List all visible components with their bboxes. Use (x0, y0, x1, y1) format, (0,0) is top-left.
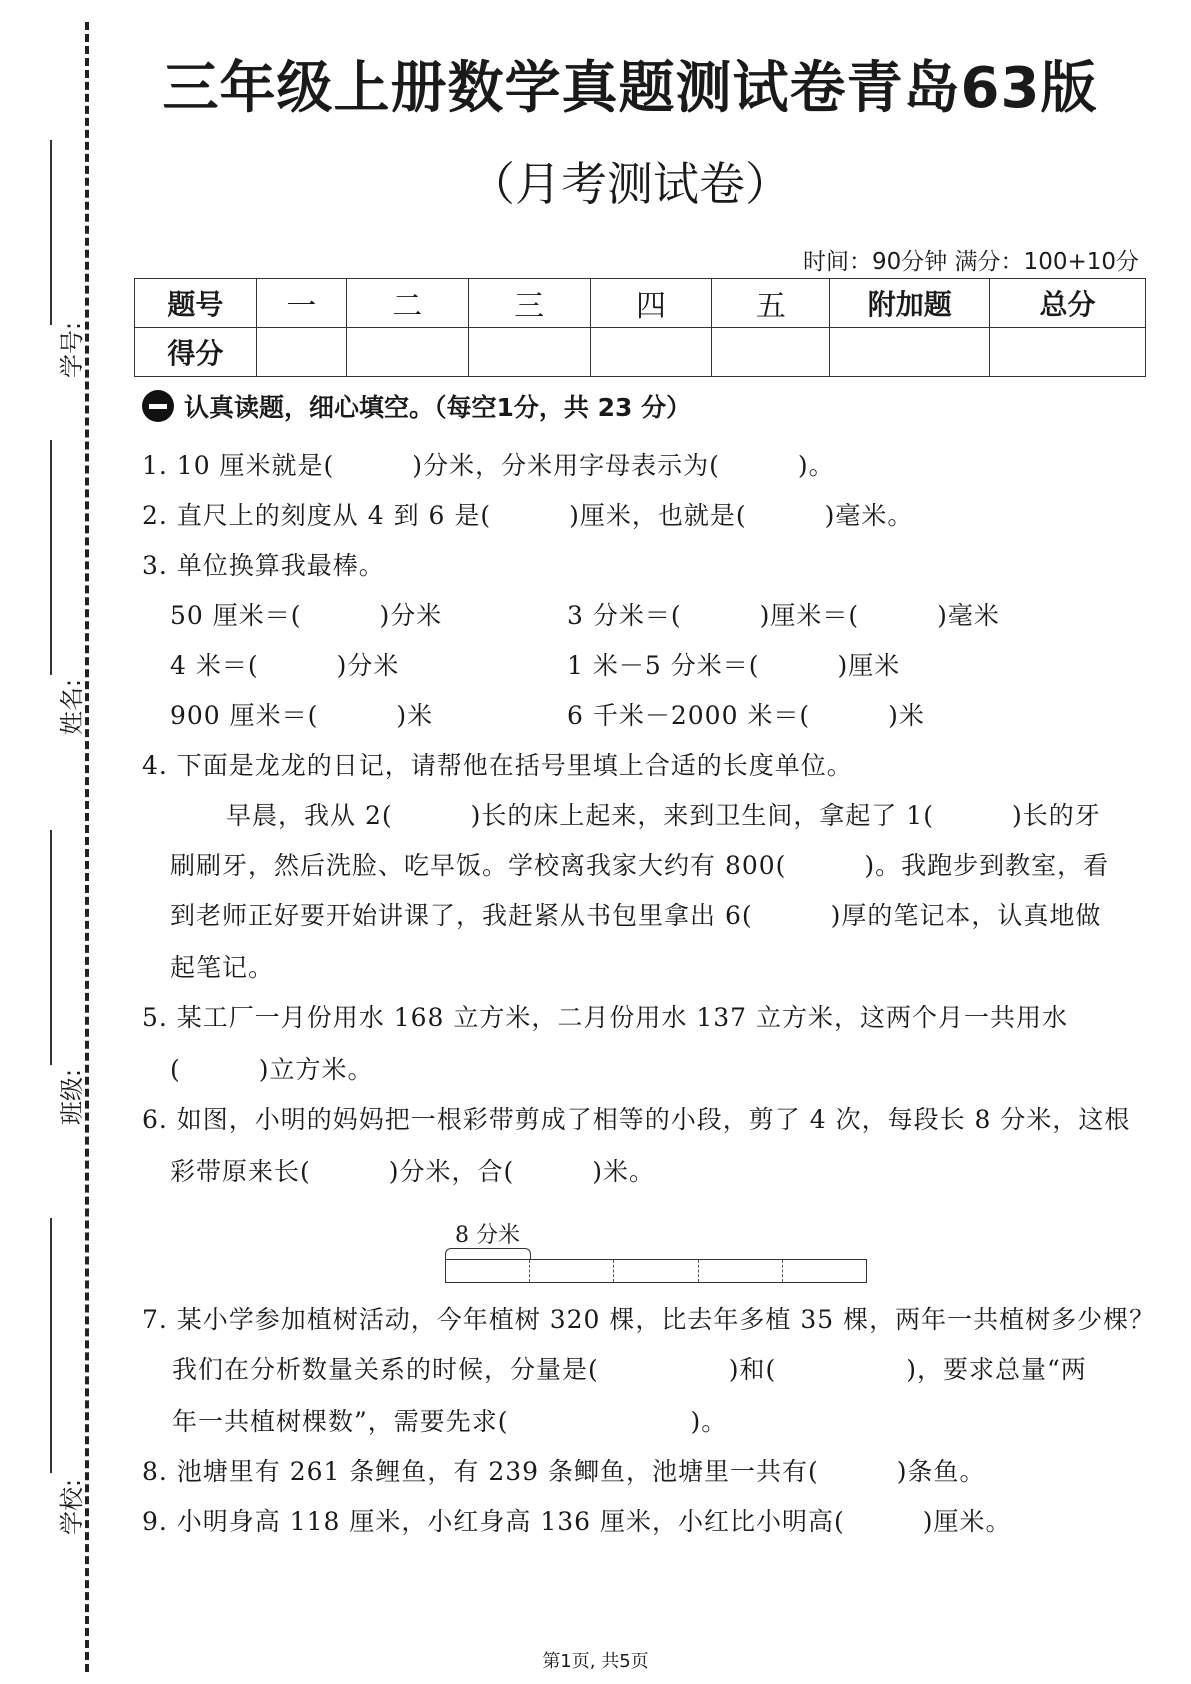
ribbon-segment (699, 1260, 783, 1282)
question-4-diary-line: 刷刷牙，然后洗脸、吃早饭。学校离我家大约有 800( )。我跑步到教室，看 (170, 846, 1109, 882)
page-title: 三年级上册数学真题测试卷青岛63版 (120, 44, 1140, 124)
score-table: 题号 一 二 三 四 五 附加题 总分 得分 (134, 278, 1146, 377)
question-2: 2. 直尺上的刻度从 4 到 6 是( )厘米，也就是( )毫米。 (142, 496, 913, 532)
ribbon-bar (445, 1259, 867, 1283)
score-cell-3[interactable] (468, 328, 590, 377)
header-cell-bonus: 附加题 (830, 279, 990, 328)
brace-icon (445, 1248, 531, 1259)
question-8: 8. 池塘里有 261 条鲤鱼，有 239 条鲫鱼，池塘里一共有( )条鱼。 (142, 1452, 986, 1488)
page-indicator: 第1页, 共5页 (0, 1647, 1191, 1673)
binding-dashed-line (85, 22, 89, 1672)
conversion-item: 3 分米＝( )厘米＝( )毫米 (567, 596, 1000, 632)
question-7-line: 我们在分析数量关系的时候，分量是( )和( )，要求总量“两 (172, 1350, 1087, 1386)
question-4-diary-line: 早晨，我从 2( )长的床上起来，来到卫生间，拿起了 1( )长的牙 (226, 796, 1101, 832)
section-one-title: 认真读题，细心填空。（每空1分，共 23 分） (184, 388, 691, 424)
score-cell-4[interactable] (590, 328, 712, 377)
score-cell-total[interactable] (990, 328, 1146, 377)
question-7-line: 年一共植树棵数”，需要先求( )。 (172, 1402, 727, 1438)
ribbon-segment (614, 1260, 698, 1282)
conversion-item: 900 厘米＝( )米 (170, 696, 433, 732)
conversion-item: 4 米＝( )分米 (170, 646, 399, 682)
conversion-item: 1 米－5 分米＝( )厘米 (567, 646, 900, 682)
score-cell-1[interactable] (256, 328, 346, 377)
header-cell-5: 五 (712, 279, 830, 328)
school-label: 学校: (52, 1479, 87, 1535)
time-score-info: 时间：90分钟 满分：100+10分 (803, 243, 1139, 276)
ribbon-diagram: 8 分米 (445, 1218, 870, 1288)
segment-length-label: 8 分米 (455, 1218, 520, 1249)
question-6-line: 彩带原来长( )分米，合( )米。 (170, 1152, 655, 1188)
score-table-header-row: 题号 一 二 三 四 五 附加题 总分 (135, 279, 1146, 328)
question-6: 6. 如图，小明的妈妈把一根彩带剪成了相等的小段，剪了 4 次，每段长 8 分米… (142, 1100, 1130, 1136)
score-cell-bonus[interactable] (830, 328, 990, 377)
ribbon-segment (446, 1260, 530, 1282)
section-one-heading: 认真读题，细心填空。（每空1分，共 23 分） (142, 388, 691, 424)
question-9: 9. 小明身高 118 厘米，小红身高 136 厘米，小红比小明高( )厘米。 (142, 1502, 1012, 1538)
header-cell-1: 一 (256, 279, 346, 328)
student-id-label: 学号: (52, 322, 87, 378)
ribbon-segment (783, 1260, 866, 1282)
school-underline (50, 1218, 52, 1473)
question-3: 3. 单位换算我最棒。 (142, 546, 385, 582)
student-id-underline (50, 140, 52, 325)
question-5-line: ( )立方米。 (170, 1050, 374, 1086)
ribbon-segment (530, 1260, 614, 1282)
question-4-diary-line: 起笔记。 (170, 948, 274, 984)
question-1: 1. 10 厘米就是( )分米，分米用字母表示为( )。 (142, 446, 835, 482)
question-7: 7. 某小学参加植树活动，今年植树 320 棵，比去年多植 35 棵，两年一共植… (142, 1300, 1155, 1336)
header-cell-label: 题号 (135, 279, 257, 328)
score-cell-2[interactable] (346, 328, 468, 377)
score-row-label: 得分 (135, 328, 257, 377)
name-label: 姓名: (52, 679, 87, 735)
header-cell-2: 二 (346, 279, 468, 328)
question-5: 5. 某工厂一月份用水 168 立方米，二月份用水 137 立方米，这两个月一共… (142, 998, 1068, 1034)
score-table-score-row: 得分 (135, 328, 1146, 377)
conversion-item: 50 厘米＝( )分米 (170, 596, 442, 632)
header-cell-3: 三 (468, 279, 590, 328)
question-4: 4. 下面是龙龙的日记，请帮他在括号里填上合适的长度单位。 (142, 746, 853, 782)
minus-circle-icon (142, 390, 174, 422)
header-cell-4: 四 (590, 279, 712, 328)
name-underline (50, 440, 52, 675)
question-4-diary-line: 到老师正好要开始讲课了，我赶紧从书包里拿出 6( )厚的笔记本，认真地做 (170, 896, 1101, 932)
score-cell-5[interactable] (712, 328, 830, 377)
page-subtitle: （月考测试卷） (120, 148, 1140, 214)
class-underline (50, 830, 52, 1065)
header-cell-total: 总分 (990, 279, 1146, 328)
class-label: 班级: (52, 1069, 87, 1125)
conversion-item: 6 千米－2000 米＝( )米 (567, 696, 925, 732)
